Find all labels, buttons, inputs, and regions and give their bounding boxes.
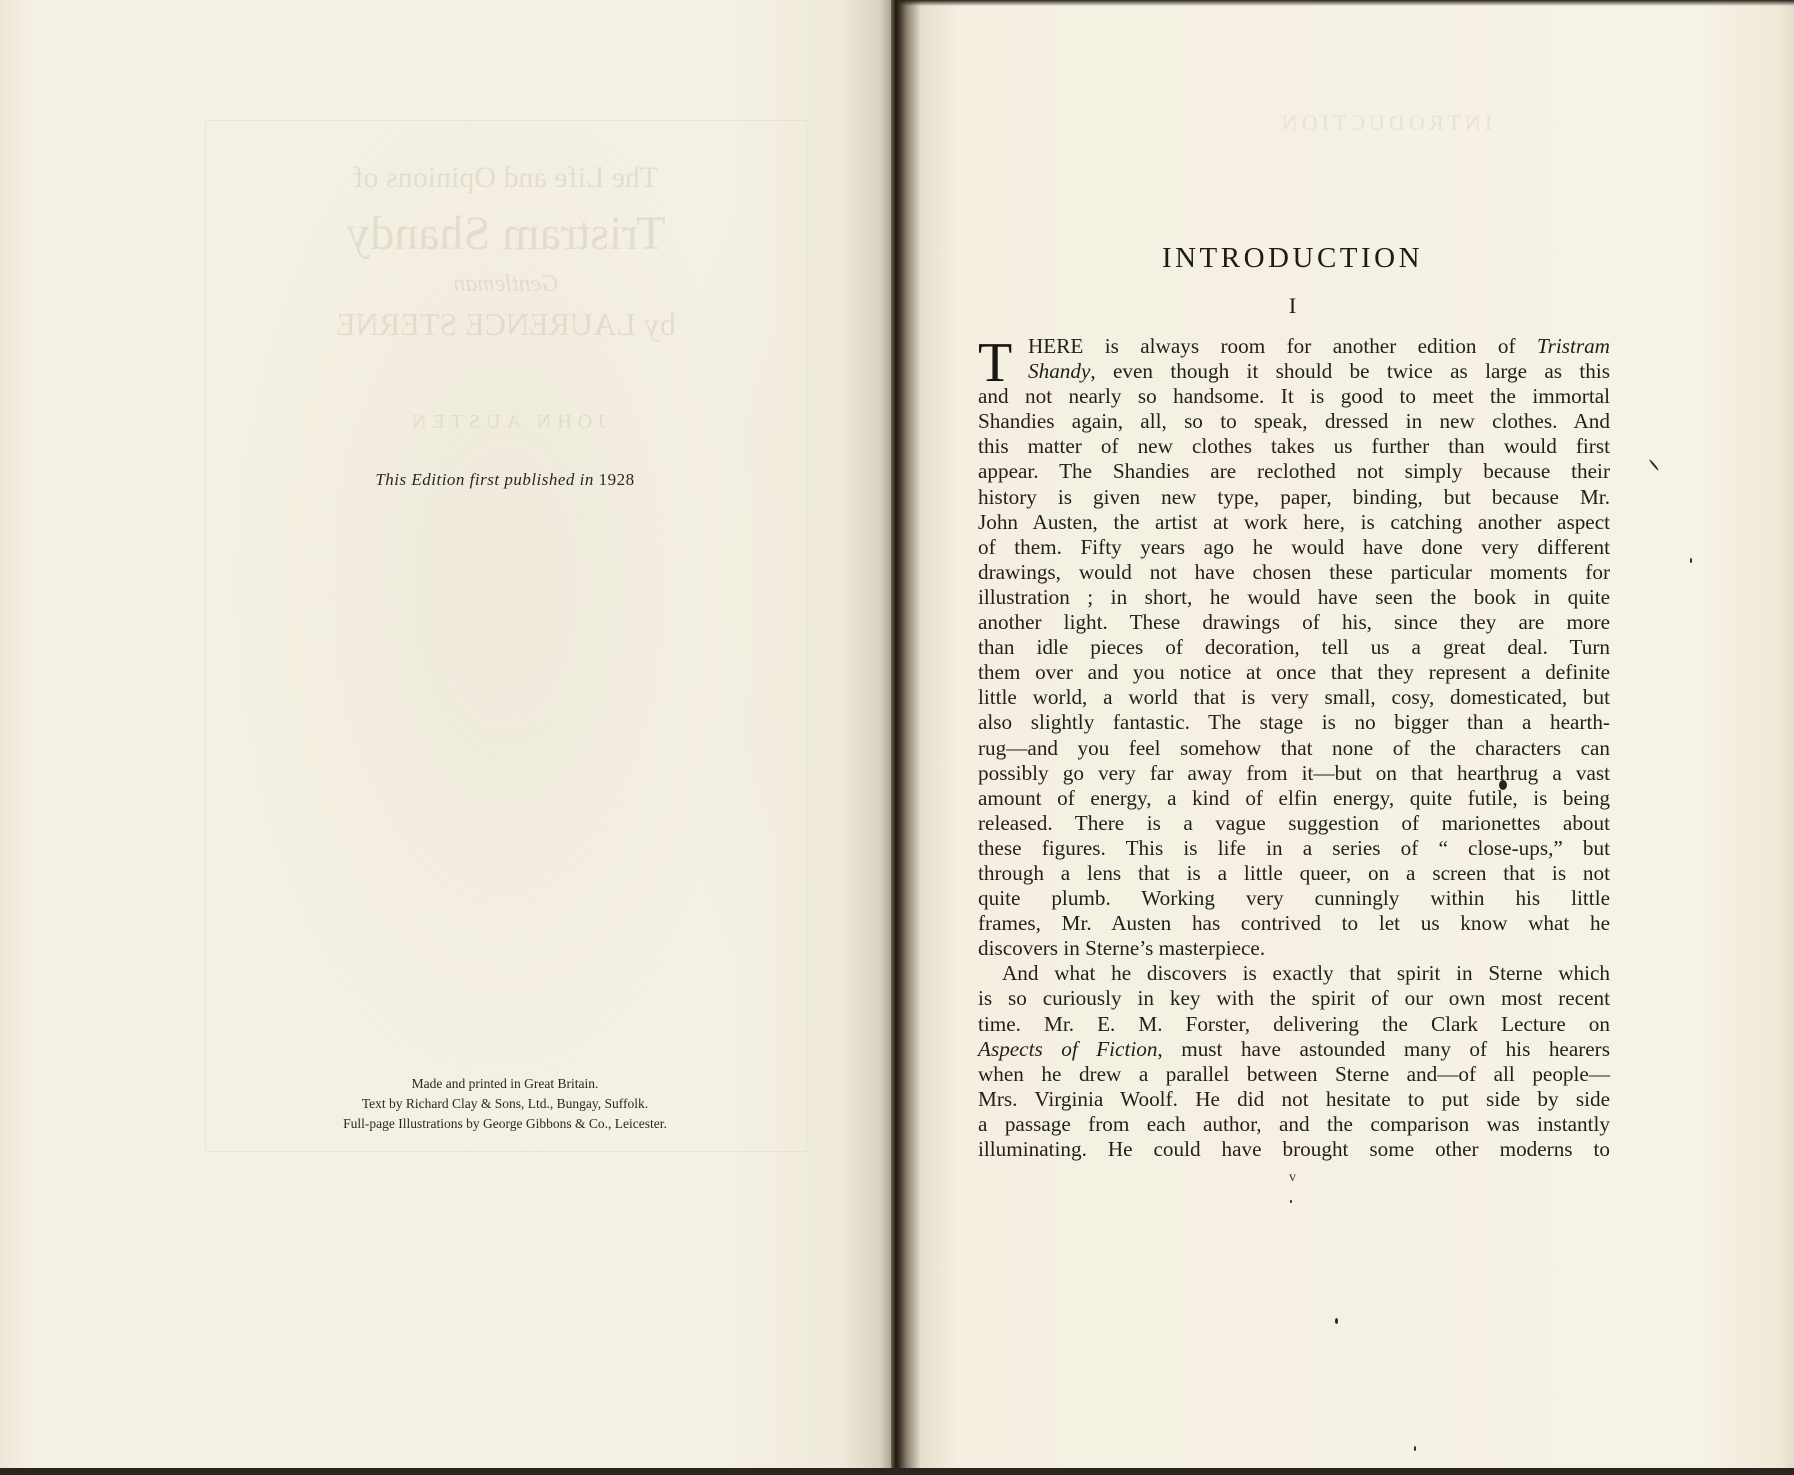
- italic-title: Tristram: [1537, 334, 1610, 358]
- text-line: through a lens that is a little queer, o…: [978, 861, 1610, 886]
- text-line: when he drew a parallel between Sterne a…: [978, 1062, 1610, 1087]
- text-line: is so curiously in key with the spirit o…: [978, 986, 1610, 1011]
- colophon-line: Full-page Illustrations by George Gibbon…: [230, 1114, 780, 1134]
- paper-mark: [1414, 1446, 1416, 1451]
- text-line: time. Mr. E. M. Forster, delivering the …: [978, 1012, 1610, 1037]
- text-line: rug—and you feel somehow that none of th…: [978, 736, 1610, 761]
- text-line: John Austen, the artist at work here, is…: [978, 510, 1610, 535]
- text-line: amount of energy, a kind of elfin energy…: [978, 786, 1610, 811]
- text-segment: , must have astounded many of his hearer…: [1157, 1037, 1610, 1061]
- text-segment: HERE is always room for another edition …: [1028, 334, 1537, 358]
- text-line: possibly go very far away from it—but on…: [978, 761, 1610, 786]
- text-line: history is given new type, paper, bindin…: [978, 485, 1610, 510]
- text-line: illuminating. He could have brought some…: [978, 1137, 1610, 1162]
- text-line: Shandy, even though it should be twice a…: [978, 359, 1610, 384]
- drop-cap: T: [978, 338, 1012, 388]
- text-line: HERE is always room for another edition …: [978, 334, 1610, 359]
- colophon-line: Made and printed in Great Britain.: [230, 1074, 780, 1094]
- text-line: quite plumb. Working very cunningly with…: [978, 886, 1610, 911]
- text-line: Mrs. Virginia Woolf. He did not hesitate…: [978, 1087, 1610, 1112]
- left-page: The Life and Opinions of Tristram Shandy…: [0, 0, 893, 1475]
- italic-title: Aspects of Fiction: [978, 1037, 1157, 1061]
- showthrough-line: JOHN AUSTEN: [206, 411, 806, 434]
- text-line: Shandies again, all, so to speak, dresse…: [978, 409, 1610, 434]
- text-line: little world, a world that is very small…: [978, 685, 1610, 710]
- colophon: Made and printed in Great Britain. Text …: [230, 1074, 780, 1134]
- colophon-line: Text by Richard Clay & Sons, Ltd., Bunga…: [230, 1094, 780, 1114]
- italic-title: Shandy: [1028, 359, 1090, 383]
- text-line: than idle pieces of decoration, tell us …: [978, 635, 1610, 660]
- edition-note-text: This Edition first published in: [375, 470, 594, 489]
- text-line: these figures. This is life in a series …: [978, 836, 1610, 861]
- page-bottom-edge: [0, 1468, 1794, 1475]
- text-line: released. There is a vague suggestion of…: [978, 811, 1610, 836]
- showthrough-header: INTRODUCTION: [1150, 110, 1620, 136]
- page-number: v: [980, 1170, 1605, 1186]
- text-line: and not nearly so handsome. It is good t…: [978, 384, 1610, 409]
- text-line: of them. Fifty years ago he would have d…: [978, 535, 1610, 560]
- ink-blot: [1499, 780, 1507, 790]
- edition-year: 1928: [599, 470, 635, 489]
- page-top-edge: [899, 0, 1794, 6]
- text-line: discovers in Sterne’s masterpiece.: [978, 936, 1610, 961]
- paper-mark: [1335, 1318, 1338, 1324]
- text-segment: , even though it should be twice as larg…: [1090, 359, 1610, 383]
- text-line: also slightly fantastic. The stage is no…: [978, 710, 1610, 735]
- text-line: a passage from each author, and the comp…: [978, 1112, 1610, 1137]
- text-line: Aspects of Fiction, must have astounded …: [978, 1037, 1610, 1062]
- text-line: illustration ; in short, he would have s…: [978, 585, 1610, 610]
- introduction-body: T HERE is always room for another editio…: [978, 334, 1610, 1162]
- paper-mark: [1690, 558, 1692, 563]
- text-line: them over and you notice at once that th…: [978, 660, 1610, 685]
- text-line: frames, Mr. Austen has contrived to let …: [978, 911, 1610, 936]
- book-gutter: [891, 0, 901, 1475]
- edition-note: This Edition first published in 1928: [230, 470, 780, 490]
- text-line: this matter of new clothes takes us furt…: [978, 434, 1610, 459]
- paper-mark: [1290, 1200, 1292, 1203]
- showthrough-line: Tristram Shandy: [206, 206, 806, 261]
- showthrough-line: Gentleman: [206, 271, 806, 298]
- showthrough-line: The Life and Opinions of: [206, 161, 806, 195]
- text-line: another light. These drawings of his, si…: [978, 610, 1610, 635]
- showthrough-line: by LAURENCE STERNE: [206, 306, 806, 343]
- section-number: I: [980, 293, 1605, 319]
- text-line: appear. The Shandies are reclothed not s…: [978, 459, 1610, 484]
- showthrough-title-page: The Life and Opinions of Tristram Shandy…: [205, 120, 807, 1152]
- text-line: And what he discovers is exactly that sp…: [978, 961, 1610, 986]
- text-line: drawings, would not have chosen these pa…: [978, 560, 1610, 585]
- chapter-heading: INTRODUCTION: [980, 242, 1605, 275]
